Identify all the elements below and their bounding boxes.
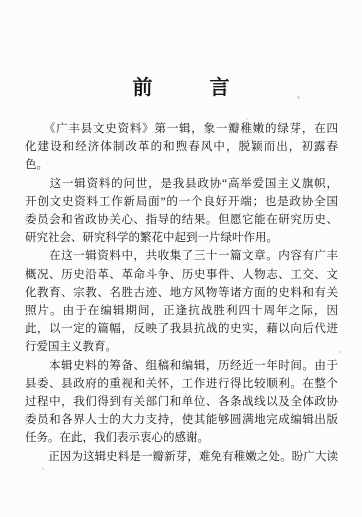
scan-speck — [339, 351, 341, 353]
text-line: 委员会和省政协关心、指导的结果。但愿它能在研究历史、 — [25, 211, 338, 229]
text-line: 正因为这辑史料是一瓣新芽，难免有稚嫩之处。盼广大读 — [25, 448, 338, 466]
text-line: 县委、县政府的重视和关怀，工作进行得比较顺利。在整个 — [25, 375, 338, 393]
text-line: 化教育、宗教、名胜古迹、地方风物等诸方面的史料和有关 — [25, 284, 338, 302]
text-line: 此，以一定的篇幅，反映了我县抗战的史实，藉以向后代进 — [25, 320, 338, 338]
text-line: 在这一辑资料中，共收集了三十一篇文章。内容有广丰 — [25, 247, 338, 265]
text-line: 概况、历史沿革、革命斗争、历史事件、人物志、工交、文 — [25, 266, 338, 284]
text-line: 过程中，我们得到有关部门和单位、各条战线以及全体政协 — [25, 393, 338, 411]
title-char: 前 — [133, 71, 153, 100]
text-line: 开创文史资料工作新局面”的一个良好开端；也是政协全国 — [25, 193, 338, 211]
scan-speck — [42, 468, 44, 470]
text-line: 委员和各界人士的大力支持，使其能够圆满地完成编辑出版 — [25, 411, 338, 429]
scanned-document-page: { "colors": { "background": "#fcfcfb", "… — [0, 0, 362, 517]
preface-body: 《广丰县文史资料》第一辑，象一瓣稚嫩的绿芽，在四 化建设和经济体制改革的和煦春风… — [25, 120, 338, 466]
page-title: 前 言 — [0, 71, 362, 100]
scan-speck — [246, 118, 248, 120]
text-line: 照片。由于在编辑期间，正逢抗战胜利四十周年之际，因 — [25, 302, 338, 320]
text-line: 色。 — [25, 156, 338, 174]
text-line: 行爱国主义教育。 — [25, 338, 338, 356]
text-line: 《广丰县文史资料》第一辑，象一瓣稚嫩的绿芽，在四 — [25, 120, 338, 138]
text-line: 任务。在此，我们表示衷心的感谢。 — [25, 429, 338, 447]
title-char: 言 — [210, 71, 230, 100]
text-line: 这一辑资料的问世，是我县政协“高举爱国主义旗帜， — [25, 175, 338, 193]
text-line: 研究社会、研究科学的繁花中起到一片绿叶作用。 — [25, 229, 338, 247]
text-line: 本辑史料的筹备、组稿和编辑，历经近一年时间。由于 — [25, 357, 338, 375]
text-line: 化建设和经济体制改革的和煦春风中，脱颖而出，初露春 — [25, 138, 338, 156]
scan-speck — [297, 96, 300, 99]
